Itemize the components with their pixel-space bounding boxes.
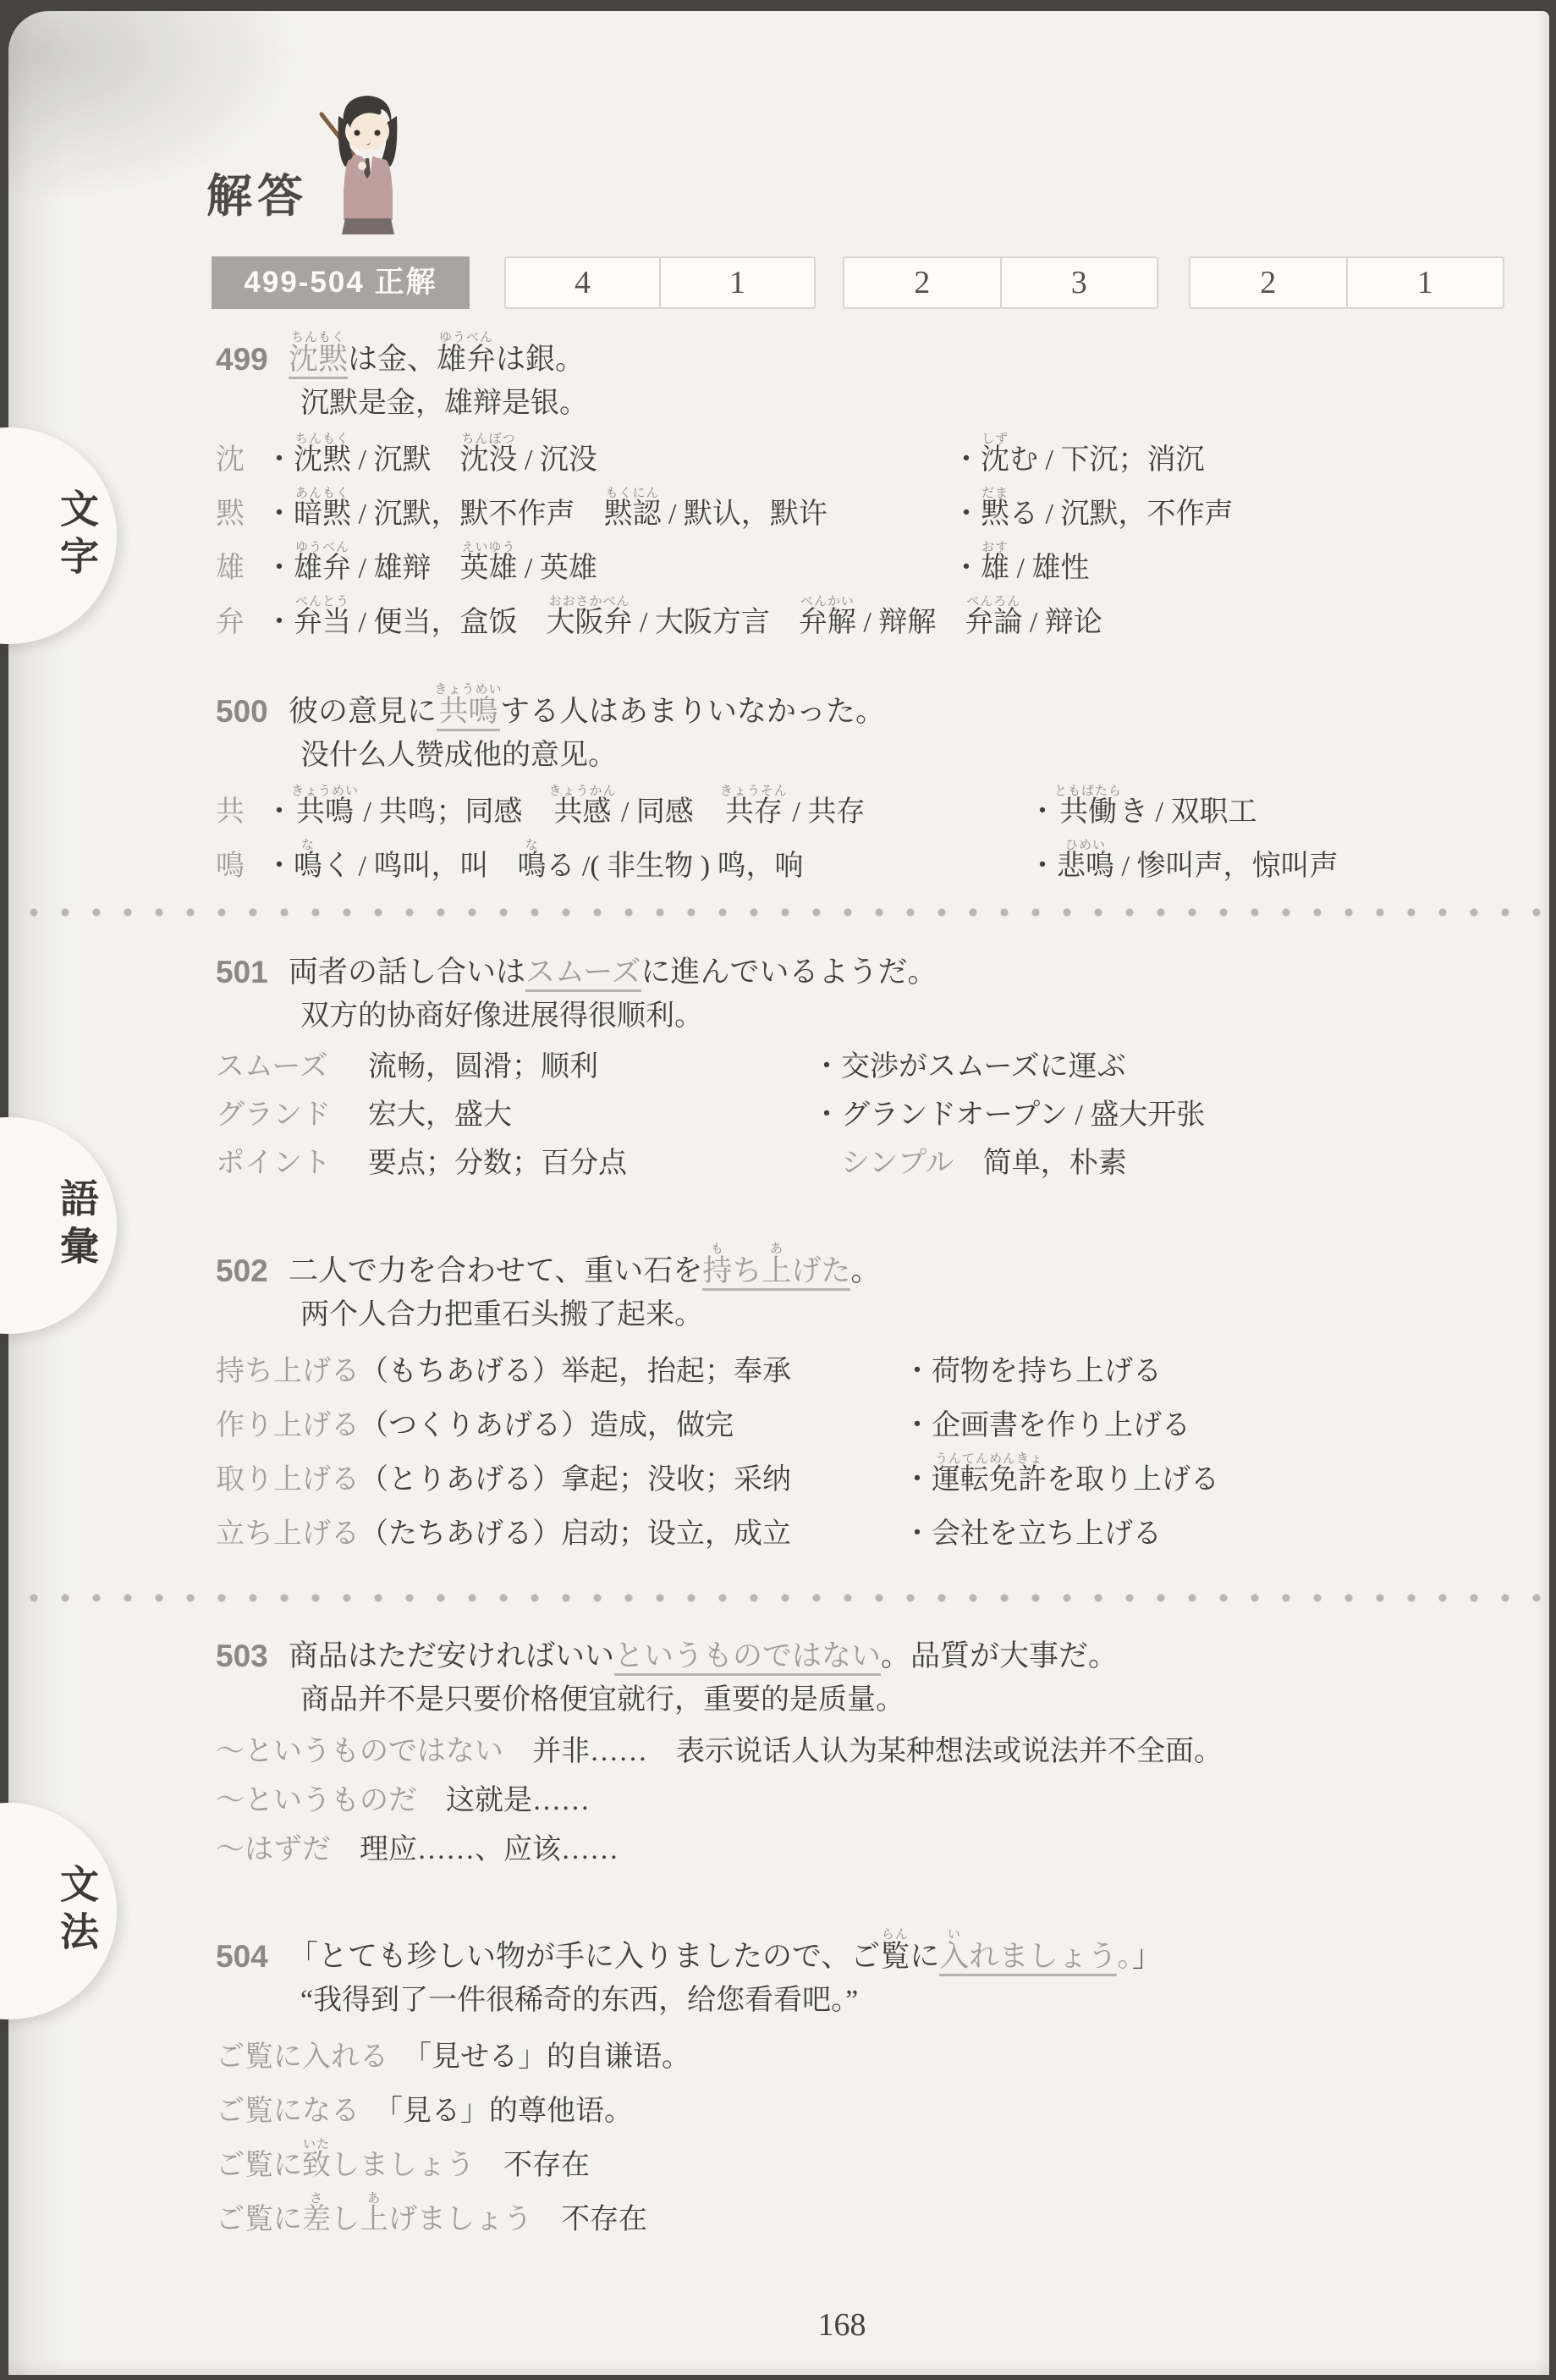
chinese-translation: “我得到了一件很稀奇的东西，给您看看吧。”	[300, 1982, 1544, 2019]
answer-504: 1	[1346, 258, 1504, 307]
grammar-row: ご覧に致いたしましょう 不存在	[216, 2128, 1544, 2182]
vocab-example: ・交渉がスムーズに運ぶ	[812, 1050, 1126, 1083]
vocab-row: 弁 ・弁当べんとう / 便当，盒饭 大阪弁おおさかべん / 大阪方言 弁解べんか…	[216, 585, 1544, 639]
vocab-definition: 流畅，圆滑；顺利	[368, 1050, 812, 1083]
answer-500: 1	[659, 258, 814, 307]
vocab-readings: ・共鳴きょうめい / 共鸣；同感 共感きょうかん / 同感 共存きょうそん / …	[265, 785, 1028, 829]
question-line: 501 両者の話し合いはスムーズに進んでいるようだ。	[216, 935, 1544, 989]
kanji-label: 鳴	[216, 850, 265, 883]
katakana-word-label: スムーズ	[216, 1050, 368, 1083]
vocab-row: ポイント 要点；分数；百分点 シンプル 简单，朴素	[216, 1132, 1544, 1180]
kanji-label: 雄	[216, 552, 265, 585]
vocab-row: スムーズ 流畅，圆滑；顺利 ・交渉がスムーズに運ぶ	[216, 1035, 1544, 1083]
question-sentence: 沈黙ちんもくは金、雄弁ゆうべんは銀。	[289, 331, 585, 377]
grammar-row: ～はずだ 理应……、应该……	[216, 1817, 1544, 1866]
grammar-row: ご覧になる 「見る」的尊他语。	[216, 2074, 1544, 2128]
question-number: 501	[216, 956, 289, 989]
grammar-row: ～というものだ 这就是……	[216, 1768, 1544, 1817]
vocab-row: 沈 ・沈黙ちんもく / 沉默 沈没ちんぼつ / 沉没 ・沈しずむ / 下沉；消沉	[216, 422, 1544, 477]
vocab-readings: ・雄弁ゆうべん / 雄辩 英雄えいゆう / 英雄	[265, 541, 952, 585]
grammar-pattern-explanation: ～はずだ 理应……、应该……	[216, 1833, 619, 1866]
scanned-page-frame: 解答 499-504 正解 4 1 2 3 2 1 文字 語彙 文法	[0, 0, 1556, 2380]
section-500: 500 彼の意見に共鳴きょうめいする人はあまりいなかった。 没什么人赞成他的意见…	[216, 675, 1544, 883]
page-title: 解答	[206, 160, 308, 225]
section-501: 501 両者の話し合いはスムーズに進んでいるようだ。 双方的协商好像进展得很顺利…	[216, 935, 1544, 1180]
answer-501: 2	[844, 258, 1000, 307]
chinese-translation: 沉默是金，雄辩是银。	[300, 385, 1544, 422]
vocab-definition: 持ち上げる（もちあげる）举起，抬起；奉承	[216, 1355, 903, 1388]
vocab-row: 黙 ・暗黙あんもく / 沉默，默不作声 黙認もくにん / 默认，默许 ・黙だまる…	[216, 477, 1544, 531]
grammar-pattern-explanation: ～というものだ 这就是……	[216, 1784, 590, 1817]
vocab-row: グランド 宏大，盛大 ・グランドオープン / 盛大开张	[216, 1083, 1544, 1132]
kanji-label: 共	[216, 796, 265, 829]
vocab-definition: 要点；分数；百分点	[368, 1147, 812, 1180]
answer-range-label: 499-504 正解	[212, 256, 470, 309]
grammar-pattern-explanation: ご覧に致いたしましょう 不存在	[216, 2138, 590, 2182]
sidebar-tab-grammar: 文法	[0, 1803, 117, 2019]
grammar-pattern-explanation: ご覧に差さし上あげましょう 不存在	[216, 2192, 647, 2236]
grammar-pattern-explanation: ～というものではない 并非…… 表示说话人认为某种想法或说法并不全面。	[216, 1735, 1223, 1768]
answer-499: 4	[506, 258, 659, 307]
question-number: 503	[216, 1640, 289, 1673]
vocab-example: ・運転免許うんてんめんきょを取り上げる	[903, 1452, 1219, 1496]
answer-503: 2	[1190, 258, 1346, 307]
vocab-row: 持ち上げる（もちあげる）举起，抬起；奉承 ・荷物を持ち上げる	[216, 1334, 1544, 1388]
vocab-example: ・沈しずむ / 下沉；消沉	[952, 432, 1204, 477]
page-number: 168	[766, 2306, 918, 2344]
chinese-translation: 两个人合力把重石头搬了起来。	[300, 1297, 1544, 1334]
sidebar-tab-characters: 文字	[0, 427, 117, 644]
question-number: 500	[216, 696, 289, 729]
vocab-row: 雄 ・雄弁ゆうべん / 雄辩 英雄えいゆう / 英雄 ・雄おす / 雄性	[216, 531, 1544, 585]
vocab-example: ・黙だまる / 沉默，不作声	[952, 487, 1233, 531]
section-502: 502 二人で力を合わせて、重い石を持もち上あげた。 两个人合力把重石头搬了起来…	[216, 1234, 1544, 1551]
vocab-definition: 立ち上げる（たちあげる）启动；设立，成立	[216, 1518, 903, 1551]
vocab-readings: ・弁当べんとう / 便当，盒饭 大阪弁おおさかべん / 大阪方言 弁解べんかい …	[265, 595, 1102, 639]
vocab-example: ・荷物を持ち上げる	[903, 1355, 1162, 1388]
dotted-divider	[29, 1592, 1545, 1604]
vocab-row: 鳴 ・鳴なく / 鸣叫，叫 鳴なる /( 非生物 ) 鸣，响 ・悲鳴ひめい / …	[216, 829, 1544, 883]
question-line: 499 沈黙ちんもくは金、雄弁ゆうべんは銀。	[216, 322, 1544, 377]
question-sentence: 「とても珍しい物が手に入りましたので、ご覧らんに入いれましょう。」	[289, 1928, 1162, 1974]
grammar-row: ご覧に差さし上あげましょう 不存在	[216, 2182, 1544, 2236]
vocab-row: 立ち上げる（たちあげる）启动；设立，成立 ・会社を立ち上げる	[216, 1496, 1544, 1551]
kanji-label: 弁	[216, 606, 265, 639]
question-line: 504 「とても珍しい物が手に入りましたので、ご覧らんに入いれましょう。」	[216, 1920, 1544, 1974]
vocab-example: ・共働ともばたらき / 双职工	[1028, 785, 1256, 829]
question-sentence: 商品はただ安ければいいというものではない。品質が大事だ。	[289, 1639, 1118, 1673]
sidebar-tab-label: 文法	[49, 1864, 105, 1959]
question-sentence: 彼の意見に共鳴きょうめいする人はあまりいなかった。	[289, 683, 885, 729]
vocab-example: ・企画書を作り上げる	[903, 1409, 1190, 1442]
vocab-readings: ・鳴なく / 鸣叫，叫 鳴なる /( 非生物 ) 鸣，响	[265, 839, 1028, 883]
vocab-example: ・会社を立ち上げる	[903, 1518, 1162, 1551]
question-line: 503 商品はただ安ければいいというものではない。品質が大事だ。	[216, 1619, 1544, 1673]
vocab-definition: 作り上げる（つくりあげる）造成，做完	[216, 1409, 903, 1442]
vocab-row: 取り上げる（とりあげる）拿起；没收；采纳 ・運転免許うんてんめんきょを取り上げる	[216, 1442, 1544, 1496]
grammar-pattern-explanation: ご覧になる 「見る」的尊他语。	[216, 2095, 633, 2128]
section-504: 504 「とても珍しい物が手に入りましたので、ご覧らんに入いれましょう。」 “我…	[216, 1920, 1544, 2236]
vocab-example: ・悲鳴ひめい / 惨叫声，惊叫声	[1028, 839, 1338, 883]
grammar-row: ～というものではない 并非…… 表示说话人认为某种想法或说法并不全面。	[216, 1719, 1544, 1768]
chinese-translation: 双方的协商好像进展得很顺利。	[300, 998, 1544, 1035]
grammar-pattern-explanation: ご覧に入れる 「見せる」的自谦语。	[216, 2041, 690, 2074]
vocab-definition: 取り上げる（とりあげる）拿起；没收；采纳	[216, 1463, 903, 1496]
teacher-character-illustration	[315, 82, 421, 243]
chinese-translation: 没什么人赞成他的意见。	[300, 737, 1544, 774]
answer-box-501-502: 2 3	[843, 256, 1158, 309]
dotted-divider	[29, 906, 1545, 918]
sidebar-tab-vocabulary: 語彙	[0, 1117, 117, 1334]
section-503: 503 商品はただ安ければいいというものではない。品質が大事だ。 商品并不是只要…	[216, 1619, 1544, 1866]
vocab-definition: 宏大，盛大	[368, 1099, 812, 1132]
vocab-row: 共 ・共鳴きょうめい / 共鸣；同感 共感きょうかん / 同感 共存きょうそん …	[216, 774, 1544, 829]
sidebar-tab-label: 文字	[49, 488, 105, 583]
answer-box-503-504: 2 1	[1189, 256, 1504, 309]
question-number: 502	[216, 1255, 289, 1288]
katakana-word-label: グランド	[216, 1099, 368, 1132]
grammar-row: ご覧に入れる 「見せる」的自谦语。	[216, 2019, 1544, 2074]
chinese-translation: 商品并不是只要价格便宜就行，重要的是质量。	[300, 1682, 1544, 1719]
vocab-readings: ・沈黙ちんもく / 沉默 沈没ちんぼつ / 沉没	[265, 432, 952, 477]
question-line: 502 二人で力を合わせて、重い石を持もち上あげた。	[216, 1234, 1544, 1288]
question-number: 504	[216, 1941, 289, 1974]
question-sentence: 二人で力を合わせて、重い石を持もち上あげた。	[289, 1242, 880, 1288]
question-line: 500 彼の意見に共鳴きょうめいする人はあまりいなかった。	[216, 675, 1544, 729]
kanji-label: 沈	[216, 443, 265, 477]
textbook-page: 解答 499-504 正解 4 1 2 3 2 1 文字 語彙 文法	[8, 11, 1549, 2375]
answer-502: 3	[1000, 258, 1157, 307]
katakana-word-label: ポイント	[216, 1147, 368, 1180]
kanji-label: 黙	[216, 498, 265, 531]
sidebar-tab-label: 語彙	[49, 1178, 105, 1273]
vocab-example: シンプル 简单，朴素	[812, 1147, 1127, 1180]
section-499: 499 沈黙ちんもくは金、雄弁ゆうべんは銀。 沉默是金，雄辩是银。 沈 ・沈黙ち…	[216, 322, 1544, 639]
vocab-row: 作り上げる（つくりあげる）造成，做完 ・企画書を作り上げる	[216, 1388, 1544, 1442]
answer-box-499-500: 4 1	[504, 256, 816, 309]
vocab-readings: ・暗黙あんもく / 沉默，默不作声 黙認もくにん / 默认，默许	[265, 487, 952, 531]
question-sentence: 両者の話し合いはスムーズに進んでいるようだ。	[289, 956, 937, 989]
vocab-example: ・グランドオープン / 盛大开张	[812, 1099, 1205, 1132]
vocab-example: ・雄おす / 雄性	[952, 541, 1089, 585]
question-number: 499	[216, 344, 289, 377]
